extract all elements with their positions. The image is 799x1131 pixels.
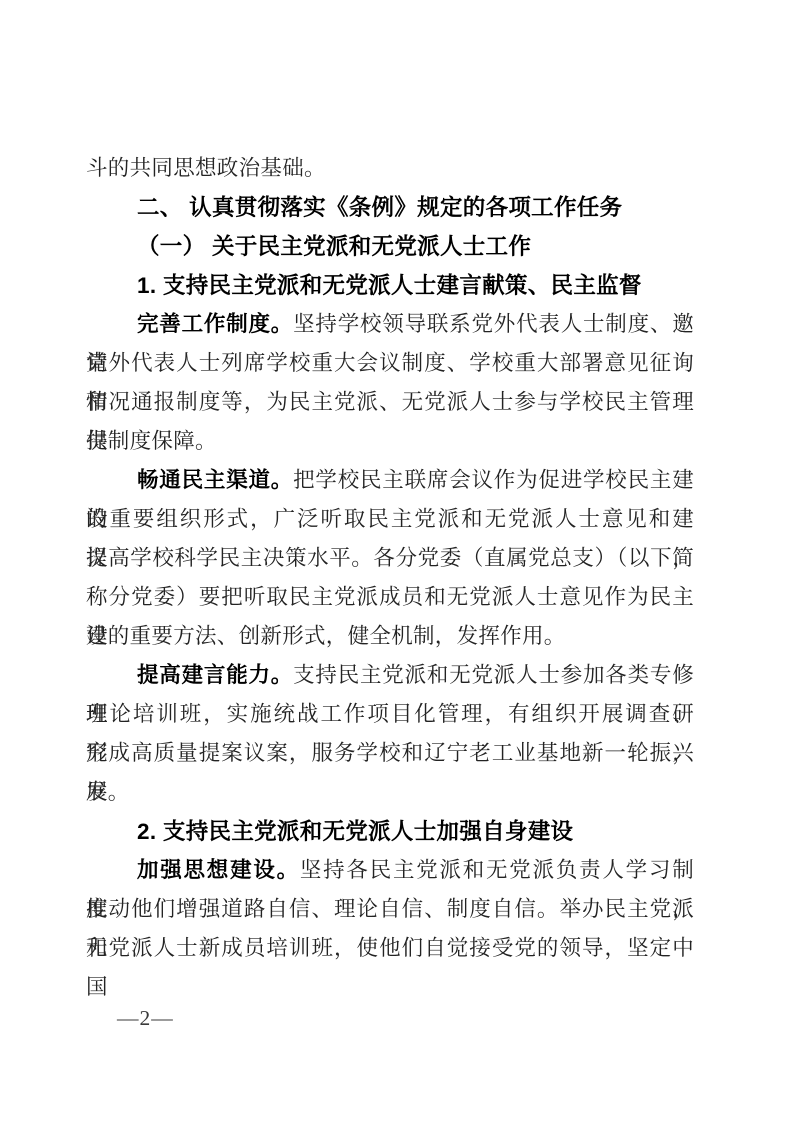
bold-text: 加强思想建设。 <box>137 858 300 882</box>
page-number: —2— <box>117 1006 174 1031</box>
text: 展。 <box>86 780 130 804</box>
text: 供制度保障。 <box>86 429 217 453</box>
body-line: 提高建言能力。支持民主党派和无党派人士参加各类专修班、 <box>86 656 694 695</box>
text: 无党派人士新成员培训班，使他们自觉接受党的领导，坚定中国 <box>86 936 694 999</box>
body-line: 斗的共同思想政治基础。 <box>86 149 694 188</box>
heading-line: 二、 认真贯彻落实《条例》规定的各项工作任务 <box>86 188 694 227</box>
bold-text: 完善工作制度。 <box>137 312 293 336</box>
body-line: 设的重要方法、创新形式，健全机制，发挥作用。 <box>86 617 694 656</box>
body-line: 提高学校科学民主决策水平。各分党委（直属党总支）（以下简 <box>86 539 694 578</box>
body-line: 的重要组织形式，广泛听取民主党派和无党派人士意见和建议， <box>86 500 694 539</box>
text: 提高学校科学民主决策水平。各分党委（直属党总支）（以下简 <box>86 546 694 570</box>
body-line: 完善工作制度。坚持学校领导联系党外代表人士制度、邀请 <box>86 305 694 344</box>
body-line: 党外代表人士列席学校重大会议制度、学校重大部署意见征询和 <box>86 344 694 383</box>
body-line: 无党派人士新成员培训班，使他们自觉接受党的领导，坚定中国 <box>86 929 694 968</box>
body-line: 供制度保障。 <box>86 422 694 461</box>
text: 斗的共同思想政治基础。 <box>86 156 326 180</box>
bold-text: 1. 支持民主党派和无党派人士建言献策、民主监督 <box>137 273 642 298</box>
body-line: 畅通民主渠道。把学校民主联席会议作为促进学校民主建设 <box>86 461 694 500</box>
heading-line: 1. 支持民主党派和无党派人士建言献策、民主监督 <box>86 266 694 305</box>
bold-text: 畅通民主渠道。 <box>137 468 293 492</box>
body-line: 称分党委）要把听取民主党派成员和无党派人士意见作为民主建 <box>86 578 694 617</box>
text: 设的重要方法、创新形式，健全机制，发挥作用。 <box>86 624 566 648</box>
body-line: 推动他们增强道路自信、理论自信、制度自信。举办民主党派和 <box>86 890 694 929</box>
heading-line: 2. 支持民主党派和无党派人士加强自身建设 <box>86 812 694 851</box>
bold-text: 二、 认真贯彻落实《条例》规定的各项工作任务 <box>137 195 622 220</box>
body-line: 展。 <box>86 773 694 812</box>
body-line: 情况通报制度等，为民主党派、无党派人士参与学校民主管理提 <box>86 383 694 422</box>
bold-text: 2. 支持民主党派和无党派人士加强自身建设 <box>137 819 573 844</box>
bold-text: （一） 关于民主党派和无党派人士工作 <box>137 234 531 259</box>
bold-text: 提高建言能力。 <box>137 663 293 687</box>
document-page: 斗的共同思想政治基础。二、 认真贯彻落实《条例》规定的各项工作任务（一） 关于民… <box>0 0 799 1131</box>
text-block: 斗的共同思想政治基础。二、 认真贯彻落实《条例》规定的各项工作任务（一） 关于民… <box>86 149 694 968</box>
body-line: 加强思想建设。坚持各民主党派和无党派负责人学习制度， <box>86 851 694 890</box>
body-line: 理论培训班，实施统战工作项目化管理，有组织开展调查研究， <box>86 695 694 734</box>
body-line: 形成高质量提案议案，服务学校和辽宁老工业基地新一轮振兴发 <box>86 734 694 773</box>
heading-line: （一） 关于民主党派和无党派人士工作 <box>86 227 694 266</box>
